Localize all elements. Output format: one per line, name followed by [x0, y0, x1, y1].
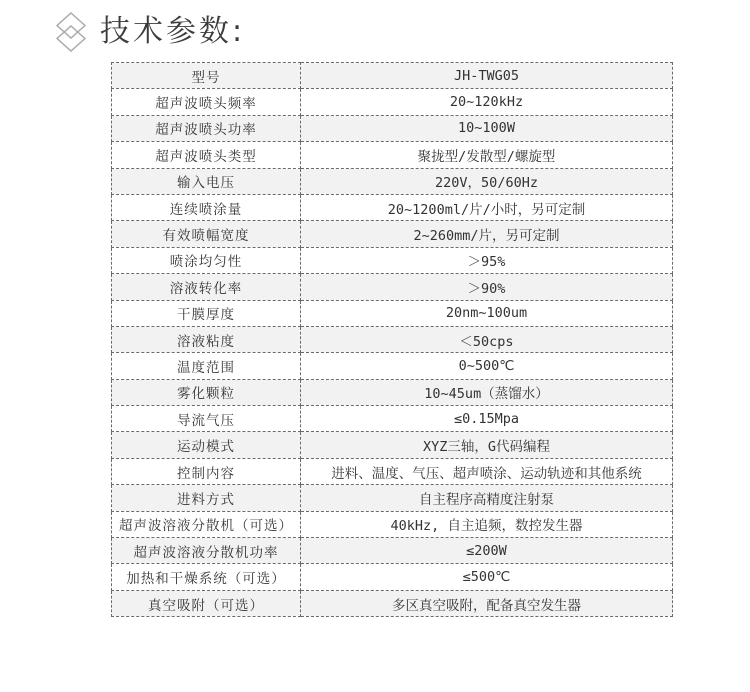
- double-diamond-icon: [54, 12, 88, 52]
- param-value: 10~45um（蒸馏水）: [301, 379, 673, 405]
- param-label: 输入电压: [112, 168, 301, 194]
- page: 技术参数: 型号JH-TWG05超声波喷头频率20~120kHz超声波喷头功率1…: [0, 0, 750, 692]
- table-row: 超声波喷头频率20~120kHz: [112, 89, 673, 115]
- param-value: 20~1200ml/片/小时，另可定制: [301, 194, 673, 220]
- param-value: ≤200W: [301, 538, 673, 564]
- param-value: ≤500℃: [301, 564, 673, 590]
- spec-table-body: 型号JH-TWG05超声波喷头频率20~120kHz超声波喷头功率10~100W…: [112, 63, 673, 617]
- table-row: 雾化颗粒10~45um（蒸馏水）: [112, 379, 673, 405]
- param-value: JH-TWG05: [301, 63, 673, 89]
- param-value: 2~260mm/片，另可定制: [301, 221, 673, 247]
- param-label: 运动模式: [112, 432, 301, 458]
- table-row: 喷涂均匀性＞95%: [112, 247, 673, 273]
- table-row: 超声波溶液分散机（可选）40kHz, 自主追频，数控发生器: [112, 511, 673, 537]
- table-row: 控制内容进料、温度、气压、超声喷涂、运动轨迹和其他系统: [112, 458, 673, 484]
- param-label: 有效喷幅宽度: [112, 221, 301, 247]
- table-row: 超声波喷头类型聚拢型/发散型/螺旋型: [112, 142, 673, 168]
- param-label: 导流气压: [112, 406, 301, 432]
- param-value: XYZ三轴，G代码编程: [301, 432, 673, 458]
- param-value: 40kHz, 自主追频，数控发生器: [301, 511, 673, 537]
- param-value: ＞90%: [301, 274, 673, 300]
- param-label: 型号: [112, 63, 301, 89]
- param-value: 聚拢型/发散型/螺旋型: [301, 142, 673, 168]
- param-label: 喷涂均匀性: [112, 247, 301, 273]
- param-label: 加热和干燥系统（可选）: [112, 564, 301, 590]
- param-label: 干膜厚度: [112, 300, 301, 326]
- table-row: 输入电压220V，50/60Hz: [112, 168, 673, 194]
- param-value: ≤0.15Mpa: [301, 406, 673, 432]
- section-header: 技术参数:: [54, 12, 245, 52]
- param-label: 真空吸附（可选）: [112, 590, 301, 616]
- page-title: 技术参数:: [100, 12, 245, 52]
- table-row: 有效喷幅宽度2~260mm/片，另可定制: [112, 221, 673, 247]
- param-value: 自主程序高精度注射泵: [301, 485, 673, 511]
- param-label: 温度范围: [112, 353, 301, 379]
- param-label: 超声波溶液分散机功率: [112, 538, 301, 564]
- param-value: ＜50cps: [301, 326, 673, 352]
- table-row: 导流气压≤0.15Mpa: [112, 406, 673, 432]
- param-label: 溶液转化率: [112, 274, 301, 300]
- param-label: 超声波溶液分散机（可选）: [112, 511, 301, 537]
- spec-table: 型号JH-TWG05超声波喷头频率20~120kHz超声波喷头功率10~100W…: [111, 62, 673, 617]
- param-label: 连续喷涂量: [112, 194, 301, 220]
- param-label: 溶液粘度: [112, 326, 301, 352]
- table-row: 溶液转化率＞90%: [112, 274, 673, 300]
- table-row: 型号JH-TWG05: [112, 63, 673, 89]
- table-row: 溶液粘度＜50cps: [112, 326, 673, 352]
- table-row: 进料方式自主程序高精度注射泵: [112, 485, 673, 511]
- param-value: 10~100W: [301, 115, 673, 141]
- table-row: 加热和干燥系统（可选）≤500℃: [112, 564, 673, 590]
- param-value: 0~500℃: [301, 353, 673, 379]
- param-value: ＞95%: [301, 247, 673, 273]
- param-label: 超声波喷头功率: [112, 115, 301, 141]
- param-value: 20nm~100um: [301, 300, 673, 326]
- param-label: 控制内容: [112, 458, 301, 484]
- table-row: 运动模式XYZ三轴，G代码编程: [112, 432, 673, 458]
- table-row: 连续喷涂量20~1200ml/片/小时，另可定制: [112, 194, 673, 220]
- param-label: 超声波喷头类型: [112, 142, 301, 168]
- table-row: 超声波喷头功率10~100W: [112, 115, 673, 141]
- table-row: 温度范围0~500℃: [112, 353, 673, 379]
- param-label: 超声波喷头频率: [112, 89, 301, 115]
- param-label: 进料方式: [112, 485, 301, 511]
- param-value: 多区真空吸附，配备真空发生器: [301, 590, 673, 616]
- param-value: 进料、温度、气压、超声喷涂、运动轨迹和其他系统: [301, 458, 673, 484]
- param-label: 雾化颗粒: [112, 379, 301, 405]
- table-row: 真空吸附（可选）多区真空吸附，配备真空发生器: [112, 590, 673, 616]
- table-row: 干膜厚度20nm~100um: [112, 300, 673, 326]
- table-row: 超声波溶液分散机功率≤200W: [112, 538, 673, 564]
- param-value: 20~120kHz: [301, 89, 673, 115]
- param-value: 220V，50/60Hz: [301, 168, 673, 194]
